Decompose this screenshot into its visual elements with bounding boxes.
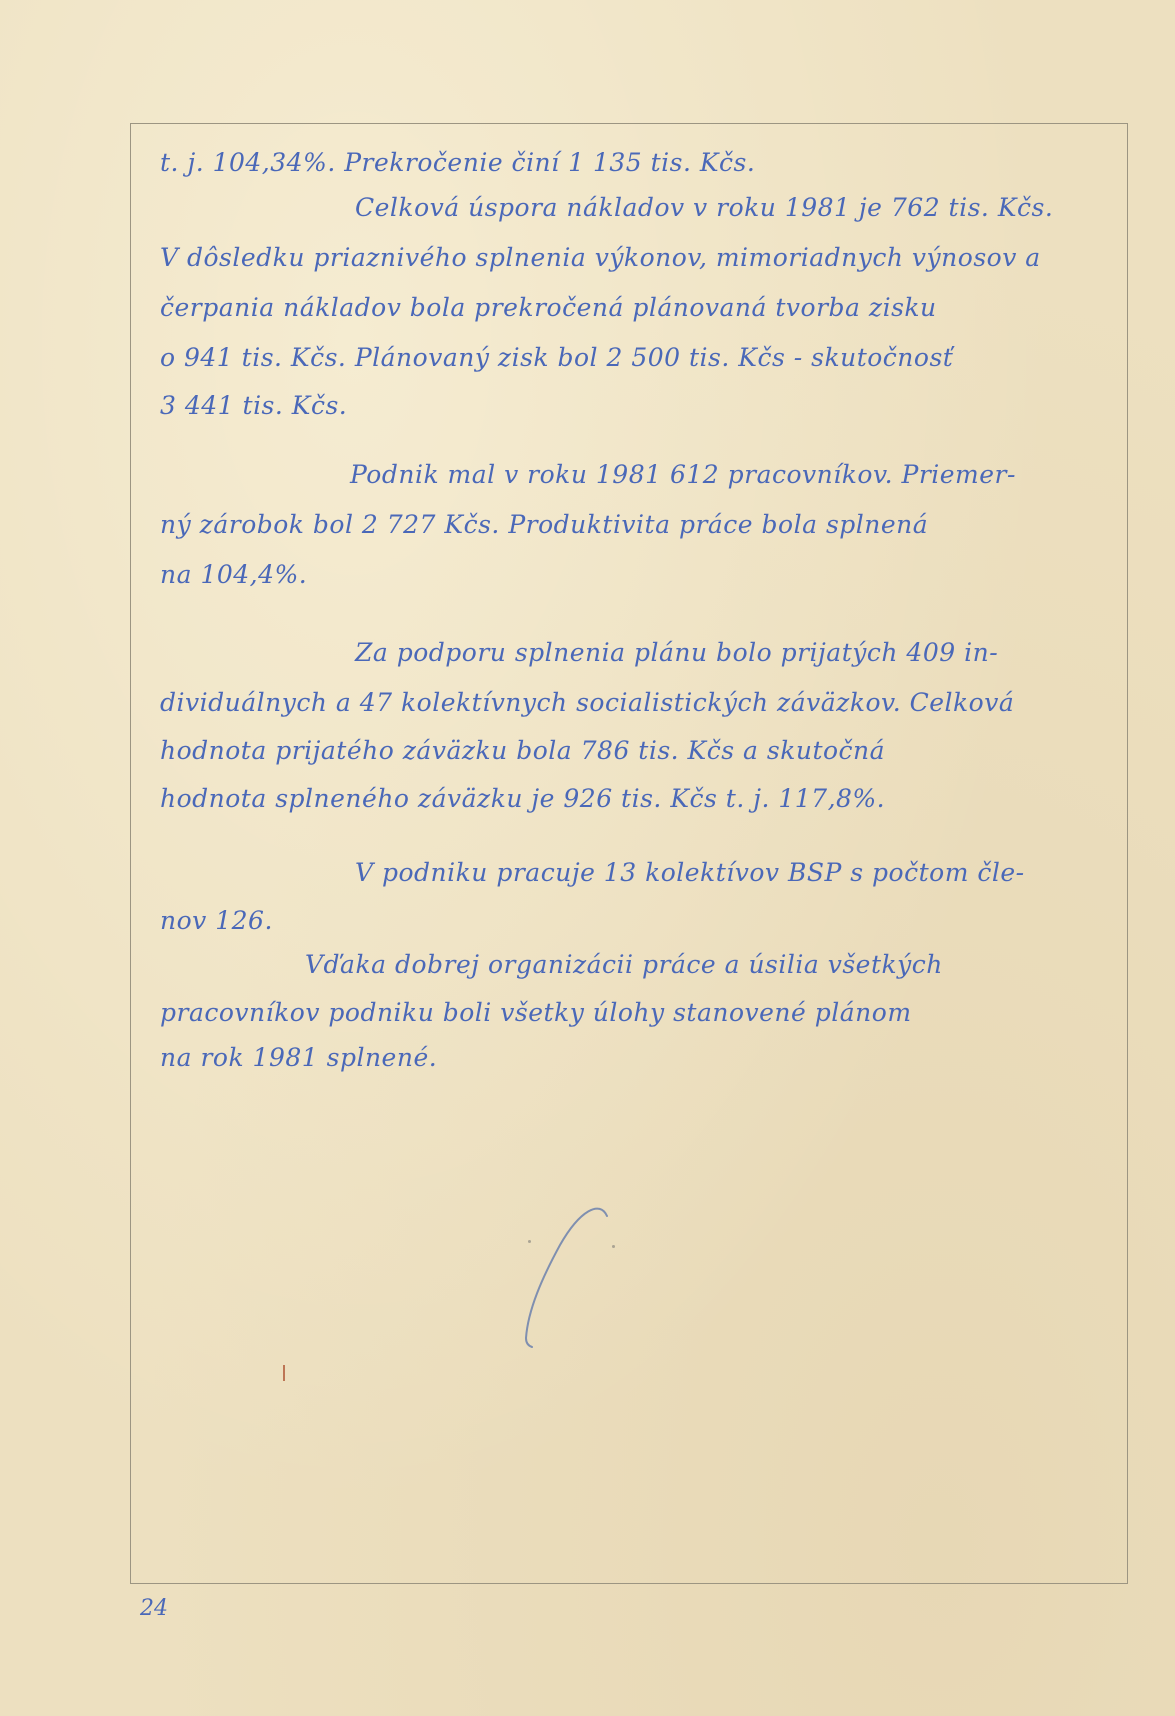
signature-mark xyxy=(520,1200,610,1350)
text-line: ný zárobok bol 2 727 Kčs. Produktivita p… xyxy=(160,512,928,537)
text-line: 3 441 tis. Kčs. xyxy=(160,393,347,418)
text-line: t. j. 104,34%. Prekročenie činí 1 135 ti… xyxy=(160,150,755,175)
ink-mark xyxy=(283,1365,285,1381)
text-line: dividuálnych a 47 kolektívnych socialist… xyxy=(160,690,1014,715)
text-line: Vďaka dobrej organizácii práce a úsilia … xyxy=(305,952,943,977)
text-line: nov 126. xyxy=(160,908,273,933)
text-line: hodnota splneného záväzku je 926 tis. Kč… xyxy=(160,786,885,811)
text-line: pracovníkov podniku boli všetky úlohy st… xyxy=(160,1000,912,1025)
text-line: V podniku pracuje 13 kolektívov BSP s po… xyxy=(355,860,1025,885)
text-line: o 941 tis. Kčs. Plánovaný zisk bol 2 500… xyxy=(160,345,953,370)
page-number: 24 xyxy=(140,1596,168,1621)
text-line: Celková úspora nákladov v roku 1981 je 7… xyxy=(355,195,1053,220)
handwritten-document-page: t. j. 104,34%. Prekročenie činí 1 135 ti… xyxy=(0,0,1175,1716)
text-line: Podnik mal v roku 1981 612 pracovníkov. … xyxy=(350,462,1016,487)
paper-speck xyxy=(528,1240,531,1243)
text-line: Za podporu splnenia plánu bolo prijatých… xyxy=(355,640,998,665)
text-line: hodnota prijatého záväzku bola 786 tis. … xyxy=(160,738,885,763)
text-line: na 104,4%. xyxy=(160,562,307,587)
text-line: na rok 1981 splnené. xyxy=(160,1045,437,1070)
text-line: V dôsledku priaznivého splnenia výkonov,… xyxy=(160,245,1041,270)
text-line: čerpania nákladov bola prekročená plánov… xyxy=(160,295,937,320)
paper-speck xyxy=(612,1245,615,1248)
